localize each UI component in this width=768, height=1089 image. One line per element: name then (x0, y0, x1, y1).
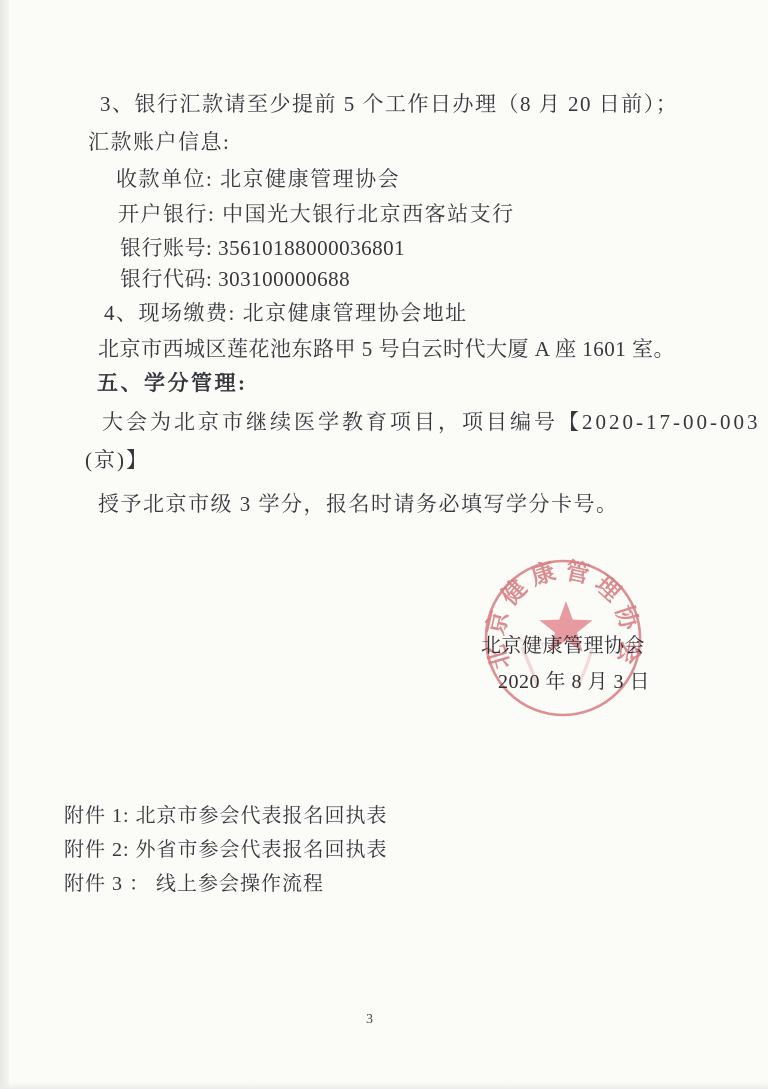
section-heading-credit: 五、学分管理: (97, 367, 248, 397)
page-number: 3 (366, 1012, 373, 1028)
body-line-payee: 收款单位: 北京健康管理协会 (116, 163, 400, 193)
attachment-line-3: 附件 3 ： 线上参会操作流程 (64, 867, 324, 896)
body-line-account-number: 银行账号: 35610188000036801 (120, 232, 405, 262)
body-line-onsite-payment: 4、现场缴费: 北京健康管理协会地址 (104, 297, 468, 327)
scan-edge-left (0, 0, 9, 1089)
body-line-bank-code: 银行代码: 303100000688 (120, 263, 350, 293)
signature-organization: 北京健康管理协会 (481, 629, 645, 658)
attachment-line-2: 附件 2: 外省市参会代表报名回执表 (64, 833, 388, 862)
scan-edge-bottom (0, 1082, 768, 1089)
signature-date: 2020 年 8 月 3 日 (498, 665, 650, 694)
body-line-project-number: 大会为北京市继续医学教育项目，项目编号【2020-17-00-003 (102, 406, 760, 436)
attachment-line-1: 附件 1: 北京市参会代表报名回执表 (64, 799, 388, 828)
body-line-account-info: 汇款账户信息: (88, 126, 230, 156)
document-page: 3、银行汇款请至少提前 5 个工作日办理（8 月 20 日前）； 汇款账户信息:… (0, 0, 768, 1089)
body-line-bank-transfer: 3、银行汇款请至少提前 5 个工作日办理（8 月 20 日前）； (100, 88, 678, 118)
body-line-credits: 授予北京市级 3 学分，报名时请务必填写学分卡号。 (98, 488, 619, 518)
body-line-bank-name: 开户银行: 中国光大银行北京西客站支行 (118, 198, 515, 228)
body-line-project-number-2: (京)】 (85, 444, 149, 474)
body-line-address: 北京市西城区莲花池东路甲 5 号白云时代大厦 A 座 1601 室。 (98, 333, 675, 363)
